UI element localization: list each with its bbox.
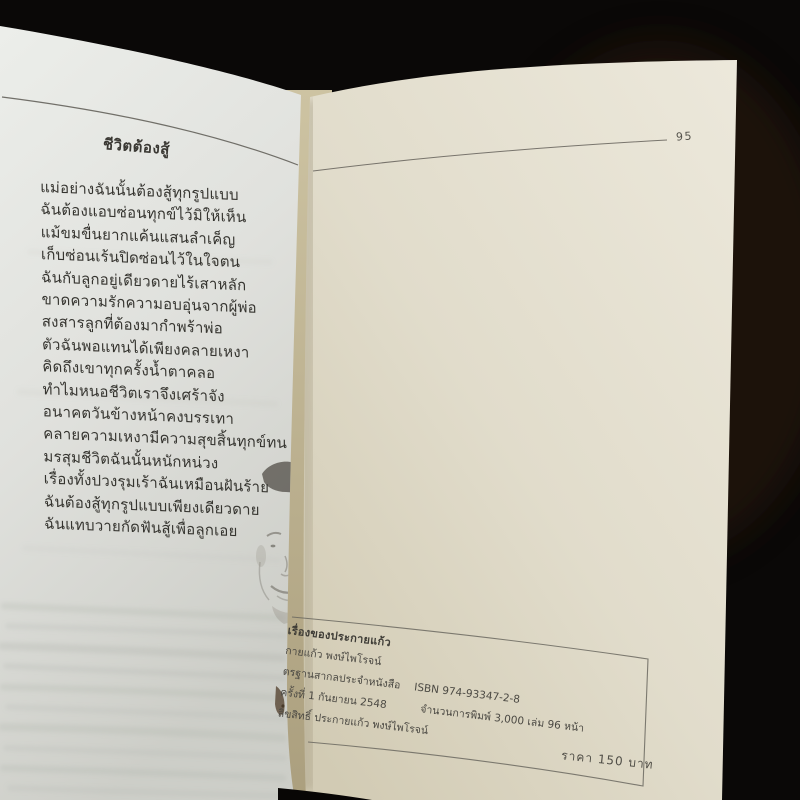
poem-block: แม่อย่างฉันนั้นต้องสู้ทุกรูปแบบ ฉันต้องแ… bbox=[40, 176, 306, 545]
spacer bbox=[400, 689, 414, 691]
page-number: 95 bbox=[676, 129, 694, 143]
book-photo: ชีวิตต้องสู้ แม่อย่างฉันนั้นต้องสู้ทุกรู… bbox=[0, 0, 800, 800]
spacer bbox=[386, 708, 420, 712]
